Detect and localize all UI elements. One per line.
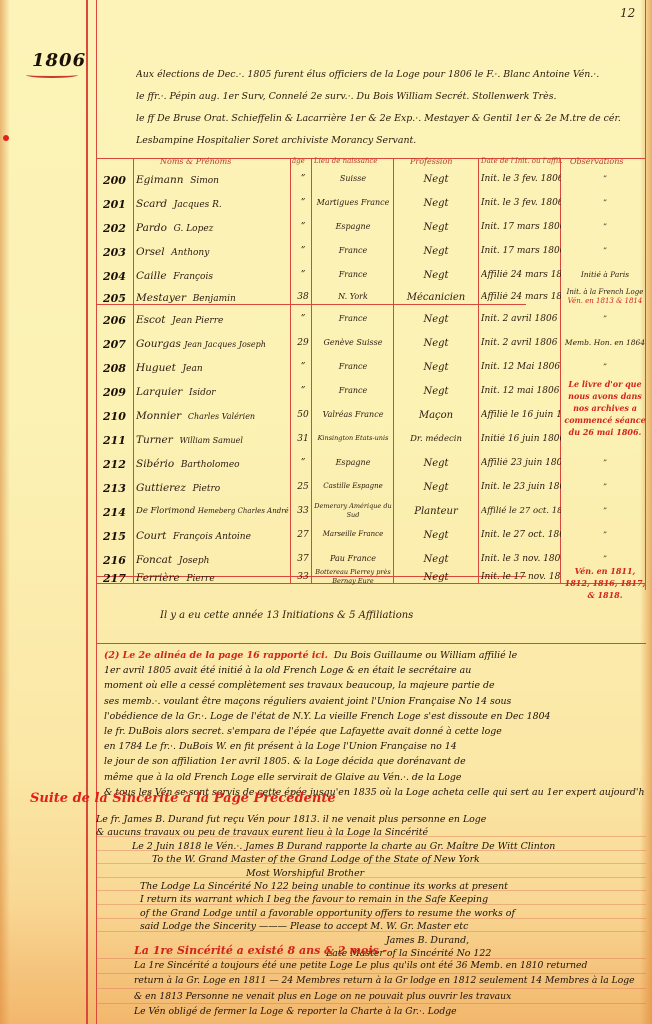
entry-number: 207 [103,338,133,351]
register-row: 217 Ferrière Pierre 33 Bottereau Pierrey… [0,568,652,596]
initiation-date: Affilié 23 juin 1806 [481,458,561,468]
birthplace: Suisse [313,174,393,183]
initiation-date: Init. 17 mars 1806 [481,222,561,232]
profession: Negt [394,530,478,541]
observation: ” [564,246,646,255]
initiation-date: Affilié 24 mars 1806 [481,292,561,302]
initiation-date: Init. 12 mai 1806 [481,386,561,396]
member-name: Egimann Simon [136,174,296,186]
birthplace: France [313,314,393,323]
member-name: Pardo G. Lopez [136,222,296,234]
profession: Planteur [394,506,478,517]
given-names: Jean Pierre [172,316,223,326]
sincerite-section-title: Suite de la Sincérité à la Page Précéden… [30,791,336,806]
surname: Orsel [136,246,165,258]
birthplace: N. York [313,292,393,301]
surname: Sibério [136,458,174,470]
profession: Negt [394,572,478,583]
entry-number: 215 [103,530,133,543]
surname: Ferrière [136,572,180,584]
entry-number: 210 [103,410,133,423]
member-name: Orsel Anthony [136,246,296,258]
given-names: Joseph [179,556,210,566]
age: 50 [293,410,313,420]
letter-salutation-to: To the W. Grand Master of the Grand Lodg… [96,853,646,866]
observation: Init. à la French LogeVén. en 1813 & 181… [564,288,646,306]
given-names: Pierre [186,574,214,584]
member-name: Sibério Bartholomeo [136,458,296,470]
letter-line: I return its warrant which I beg the fav… [96,893,646,906]
member-name: Turner William Samuel [136,434,296,446]
member-name: Ferrière Pierre [136,572,296,584]
letter-line: of the Grand Lodge until a favorable opp… [96,907,646,920]
letter-greeting: Most Worshipful Brother [96,867,646,880]
age: ” [293,386,313,396]
note-line: le fr. DuBois alors secret. s'empara de … [104,724,644,739]
entry-number: 203 [103,246,133,259]
birthplace: France [313,386,393,395]
initiation-date: Init. le 3 nov. 1806 [481,554,561,564]
age: 38 [293,292,313,302]
age: ” [293,198,313,208]
given-names: Hemeberg Charles André [198,507,289,515]
member-name: Court François Antoine [136,530,296,542]
age: ” [293,270,313,280]
profession: Mécanicien [394,292,478,303]
tail-line: & en 1813 Personne ne venait plus en Log… [134,989,646,1004]
observation: Initié à Paris [564,270,646,279]
birthplace: Pau France [313,554,393,563]
birthplace: Espagne [313,222,393,231]
entry-number: 209 [103,386,133,399]
initiation-date: Init. le 3 fev. 1806 [481,198,561,208]
year-summary: Il y a eu cette année 13 Initiations & 5… [160,610,413,621]
profession: Negt [394,554,478,565]
age: 37 [293,554,313,564]
tail-line: return à la Gr. Loge en 1811 — 24 Membre… [134,973,646,988]
surname: Mestayer [136,292,186,304]
surname: Guttierez [136,482,186,494]
profession: Negt [394,314,478,325]
observation: ” [564,506,646,515]
intro-line: le ff De Bruse Orat. Schieffelin & Lacar… [136,108,636,130]
entry-number: 200 [103,174,133,187]
initiation-date: Affilié le 27 oct. 1806 [481,506,561,516]
intro-line: le ffr.·. Pépin aug. 1er Surv, Connelé 2… [136,86,636,108]
observation: ” [564,482,646,491]
birthplace: Demerary Amérique du Sud [313,502,393,520]
sincerite-body: Le fr. James B. Durand fut reçu Vén pour… [96,813,646,960]
tail-line: Le Vén obligé de fermer la Loge & report… [134,1004,646,1019]
age: 29 [293,338,313,348]
header-date: Date de l'Init. ou l'affil. [481,157,563,165]
surname: De Florimond [136,506,195,516]
header-profession: Profession [410,157,452,166]
header-observations: Observations [570,157,623,166]
age: 25 [293,482,313,492]
entry-number: 201 [103,198,133,211]
age: 27 [293,530,313,540]
age: ” [293,458,313,468]
year-underline [26,72,78,78]
birthplace: Bottereau Pierrey près Bernay Eure [313,568,393,586]
given-names: Jean [183,364,203,374]
given-names: Jean Jacques Joseph [184,340,266,349]
surname: Monnier [136,410,181,422]
given-names: Benjamin [193,294,236,304]
profession: Negt [394,386,478,397]
intro-line: Lesbampine Hospitalier Soret archiviste … [136,130,636,152]
age: ” [293,314,313,324]
observation: ” [564,458,646,467]
profession: Negt [394,482,478,493]
initiation-date: Init. 17 mars 1806 [481,246,561,256]
given-names: G. Lopez [174,224,214,234]
note-line: même que à la old French Loge elle servi… [104,770,644,785]
birthplace: Kinsington Etats-unis [313,434,393,442]
surname: Larquier [136,386,182,398]
initiation-date: Init. 12 Mai 1806 [481,362,561,372]
venerable-years-note: Vén. en 1811, 1812, 1816, 1817, & 1818. [564,565,646,601]
surname: Scard [136,198,167,210]
du-bois-note: (2) Le 2e alinéa de la page 16 rapporté … [104,648,644,800]
observation: ” [564,362,646,371]
surname: Court [136,530,166,542]
birthplace: Valréas France [313,410,393,419]
surname: Turner [136,434,173,446]
profession: Negt [394,338,478,349]
letter-line: The Lodge La Sincérité No 122 being unab… [96,880,646,893]
observation: ” [564,314,646,323]
note-line: le jour de son affiliation 1er avril 180… [104,754,644,769]
initiation-date: Affilié le 16 juin 1806 [481,410,561,420]
entry-number: 204 [103,270,133,283]
note-text: Du Bois Guillaume ou William affilié le [334,650,517,661]
profession: Dr. médecin [394,434,478,444]
member-name: Monnier Charles Valérien [136,410,296,422]
age: 31 [293,434,313,444]
birthplace: Castille Espagne [313,482,393,490]
initiation-date: Affilié 24 mars 1806 [481,270,561,280]
initiation-date: Init. 2 avril 1806 [481,314,561,324]
observation: ” [564,222,646,231]
surname: Huguet [136,362,176,374]
surname: Escot [136,314,165,326]
member-name: Foncat Joseph [136,554,296,566]
entry-number: 211 [103,434,133,447]
initiation-date: Initié 16 juin 1806 [481,434,561,444]
summary-rule-bottom [96,643,646,644]
letter-line: said Lodge the Sincerity ——— Please to a… [96,920,646,933]
entry-number: 213 [103,482,133,495]
birthplace: Genève Suisse [313,338,393,347]
initiation-date: Init. le 3 fev. 1806 [481,174,561,184]
year-heading: 1806 [32,50,86,71]
birthplace: France [313,270,393,279]
surname: Egimann [136,174,184,186]
profession: Negt [394,246,478,257]
given-names: William Samuel [179,436,243,445]
age: ” [293,246,313,256]
given-names: François [173,272,213,282]
initiation-date: Init. le 27 oct. 1806 [481,530,561,540]
birthplace: France [313,246,393,255]
birthplace: Espagne [313,458,393,467]
observation: ” [564,554,646,563]
tail-line: La 1re Sincérité a toujours été une peti… [134,958,646,973]
given-names: Anthony [171,248,209,258]
page-number: 12 [620,6,635,20]
intro-line: Aux élections de Dec.·. 1805 furent élus… [136,64,636,86]
observation-text: Init. à la French Loge [564,288,646,297]
entry-number: 202 [103,222,133,235]
entry-number: 205 [103,292,133,305]
sec-line: Le 2 Juin 1818 le Vén.·. James B Durand … [96,840,646,853]
observation-red-note: Vén. en 1813 & 1814 [564,297,646,306]
profession: Negt [394,174,478,185]
note-first-line: (2) Le 2e alinéa de la page 16 rapporté … [104,648,644,663]
observation: ” [564,530,646,539]
age: ” [293,222,313,232]
red-margin-dot [3,135,9,141]
member-name: Huguet Jean [136,362,296,374]
note-line: en 1784 Le fr.·. DuBois W. en fit présen… [104,739,644,754]
age: ” [293,362,313,372]
given-names: Isidor [189,388,216,398]
member-name: Caille François [136,270,296,282]
entry-number: 208 [103,362,133,375]
observation: ” [564,198,646,207]
profession: Negt [394,458,478,469]
header-birthplace: Lieu de naissance [314,157,377,165]
birthplace: Marseille France [313,530,393,538]
header-age: âge [292,157,305,165]
sec-line: & aucuns travaux ou peu de travaux euren… [96,826,646,839]
observation: Memb. Hon. en 1864 [564,338,646,347]
officers-election-paragraph: Aux élections de Dec.·. 1805 furent élus… [136,64,636,152]
note-line: moment où elle a cessé complètement ses … [104,678,644,693]
header-name: Noms & Prénoms [160,157,231,166]
entry-number: 216 [103,554,133,567]
profession: Maçon [394,410,478,421]
entry-number: 212 [103,458,133,471]
entry-number: 206 [103,314,133,327]
given-names: François Antoine [173,532,251,542]
member-name: Mestayer Benjamin [136,292,296,304]
given-names: Bartholomeo [181,460,240,470]
surname: Gourgas [136,338,181,350]
observation: ” [564,174,646,183]
entry-number: 214 [103,506,133,519]
profession: Negt [394,270,478,281]
member-name: Scard Jacques R. [136,198,296,210]
birthplace: Martigues France [313,198,393,207]
note-line: 1er avril 1805 avait été initié à la old… [104,663,644,678]
surname: Caille [136,270,167,282]
member-name: Escot Jean Pierre [136,314,296,326]
member-name: Guttierez Pietro [136,482,296,494]
initiation-date: Init. le 17 nov. 1806 [481,572,561,582]
member-name: Larquier Isidor [136,386,296,398]
profession: Negt [394,222,478,233]
initiation-date: Init. le 23 juin 1806 [481,482,561,492]
note-heading: (2) Le 2e alinéa de la page 16 rapporté … [104,650,328,661]
birthplace: France [313,362,393,371]
surname: Pardo [136,222,167,234]
given-names: Pietro [193,484,221,494]
given-names: Charles Valérien [188,412,255,421]
note-line: ses memb.·. voulant être maçons régulier… [104,694,644,709]
entry-number: 217 [103,572,133,585]
profession: Negt [394,362,478,373]
profession: Negt [394,198,478,209]
given-names: Jacques R. [174,200,222,210]
age: ” [293,174,313,184]
given-names: Simon [190,176,219,186]
note-line: l'obédience de la Gr.·. Loge de l'état d… [104,709,644,724]
surname: Foncat [136,554,172,566]
age: 33 [293,572,313,582]
initiation-date: Init. 2 avril 1806 [481,338,561,348]
member-name: De Florimond Hemeberg Charles André [136,506,296,516]
sec-line: Le fr. James B. Durand fut reçu Vén pour… [96,813,646,826]
age: 33 [293,506,313,516]
sincerite-summary: La 1re Sincérité a existé 8 ans & 2 mois… [134,943,646,1019]
member-name: Gourgas Jean Jacques Joseph [136,338,296,350]
sincerite-duration-heading: La 1re Sincérité a existé 8 ans & 2 mois… [134,943,646,958]
